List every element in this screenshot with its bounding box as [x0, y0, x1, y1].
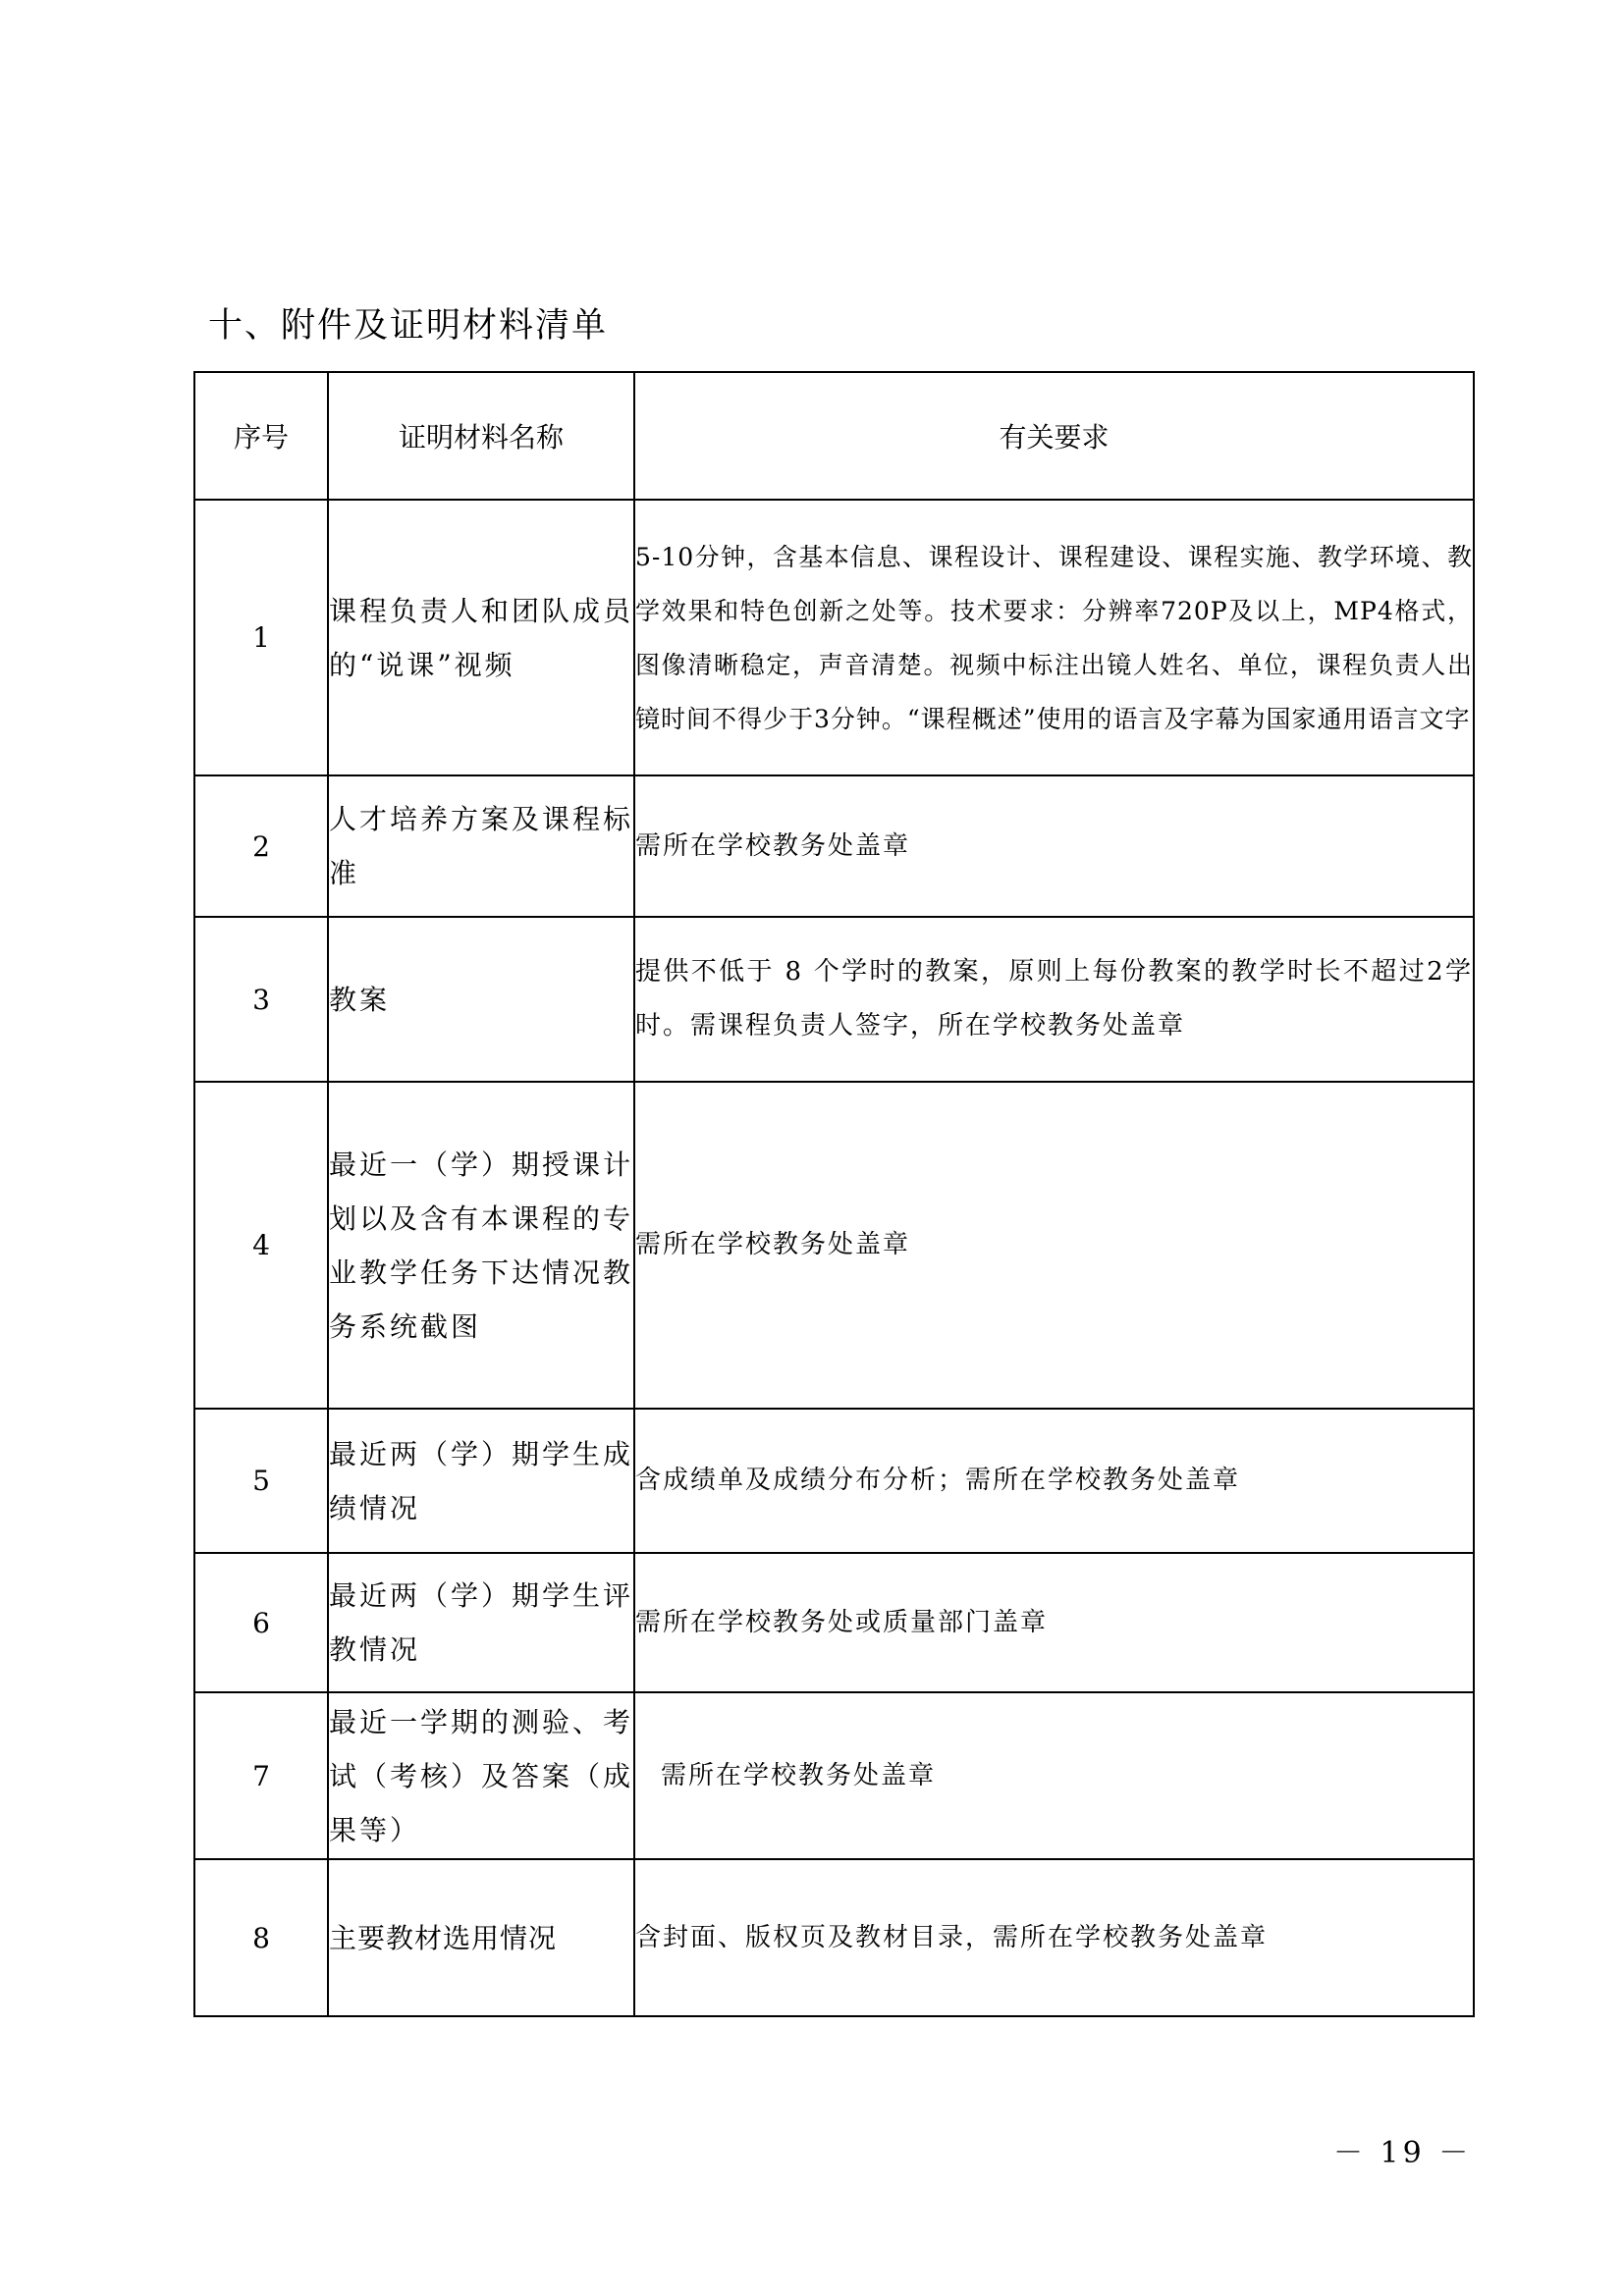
row-index: 4 [194, 1082, 328, 1409]
row-requirement: 需所在学校教务处盖章 [634, 1082, 1474, 1409]
row-material-name: 最近两（学）期学生评教情况 [328, 1553, 634, 1692]
attachment-list-table: 序号 证明材料名称 有关要求 1 课程负责人和团队成员的“说课”视频 5-10分… [193, 371, 1475, 2017]
row-material-name: 课程负责人和团队成员的“说课”视频 [328, 500, 634, 775]
row-index: 3 [194, 917, 328, 1082]
row-requirement: 5-10分钟，含基本信息、课程设计、课程建设、课程实施、教学环境、教学效果和特色… [634, 500, 1474, 775]
row-index: 1 [194, 500, 328, 775]
table-row: 7 最近一学期的测验、考试（考核）及答案（成果等） 需所在学校教务处盖章 [194, 1692, 1474, 1859]
row-requirement: 含成绩单及成绩分布分析；需所在学校教务处盖章 [634, 1409, 1474, 1553]
row-material-name: 最近两（学）期学生成绩情况 [328, 1409, 634, 1553]
table-row: 5 最近两（学）期学生成绩情况 含成绩单及成绩分布分析；需所在学校教务处盖章 [194, 1409, 1474, 1553]
header-requirements: 有关要求 [634, 372, 1474, 500]
page-number: － 19 － [1333, 2128, 1472, 2171]
row-requirement: 提供不低于 8 个学时的教案，原则上每份教案的教学时长不超过2学时。需课程负责人… [634, 917, 1474, 1082]
row-index: 8 [194, 1859, 328, 2016]
row-index: 6 [194, 1553, 328, 1692]
table-row: 6 最近两（学）期学生评教情况 需所在学校教务处或质量部门盖章 [194, 1553, 1474, 1692]
row-material-name: 人才培养方案及课程标准 [328, 775, 634, 917]
table-row: 2 人才培养方案及课程标准 需所在学校教务处盖章 [194, 775, 1474, 917]
table-row: 3 教案 提供不低于 8 个学时的教案，原则上每份教案的教学时长不超过2学时。需… [194, 917, 1474, 1082]
section-heading: 十、附件及证明材料清单 [208, 302, 608, 349]
table-row: 8 主要教材选用情况 含封面、版权页及教材目录，需所在学校教务处盖章 [194, 1859, 1474, 2016]
row-requirement: 需所在学校教务处盖章 [634, 775, 1474, 917]
header-material-name: 证明材料名称 [328, 372, 634, 500]
row-requirement: 含封面、版权页及教材目录，需所在学校教务处盖章 [634, 1859, 1474, 2016]
row-material-name: 主要教材选用情况 [328, 1859, 634, 2016]
table-header-row: 序号 证明材料名称 有关要求 [194, 372, 1474, 500]
row-index: 2 [194, 775, 328, 917]
table-row: 1 课程负责人和团队成员的“说课”视频 5-10分钟，含基本信息、课程设计、课程… [194, 500, 1474, 775]
table-row: 4 最近一（学）期授课计划以及含有本课程的专业教学任务下达情况教务系统截图 需所… [194, 1082, 1474, 1409]
row-requirement: 需所在学校教务处盖章 [634, 1692, 1474, 1859]
row-material-name: 教案 [328, 917, 634, 1082]
row-material-name: 最近一（学）期授课计划以及含有本课程的专业教学任务下达情况教务系统截图 [328, 1082, 634, 1409]
row-index: 5 [194, 1409, 328, 1553]
header-index: 序号 [194, 372, 328, 500]
row-requirement: 需所在学校教务处或质量部门盖章 [634, 1553, 1474, 1692]
row-index: 7 [194, 1692, 328, 1859]
row-material-name: 最近一学期的测验、考试（考核）及答案（成果等） [328, 1692, 634, 1859]
